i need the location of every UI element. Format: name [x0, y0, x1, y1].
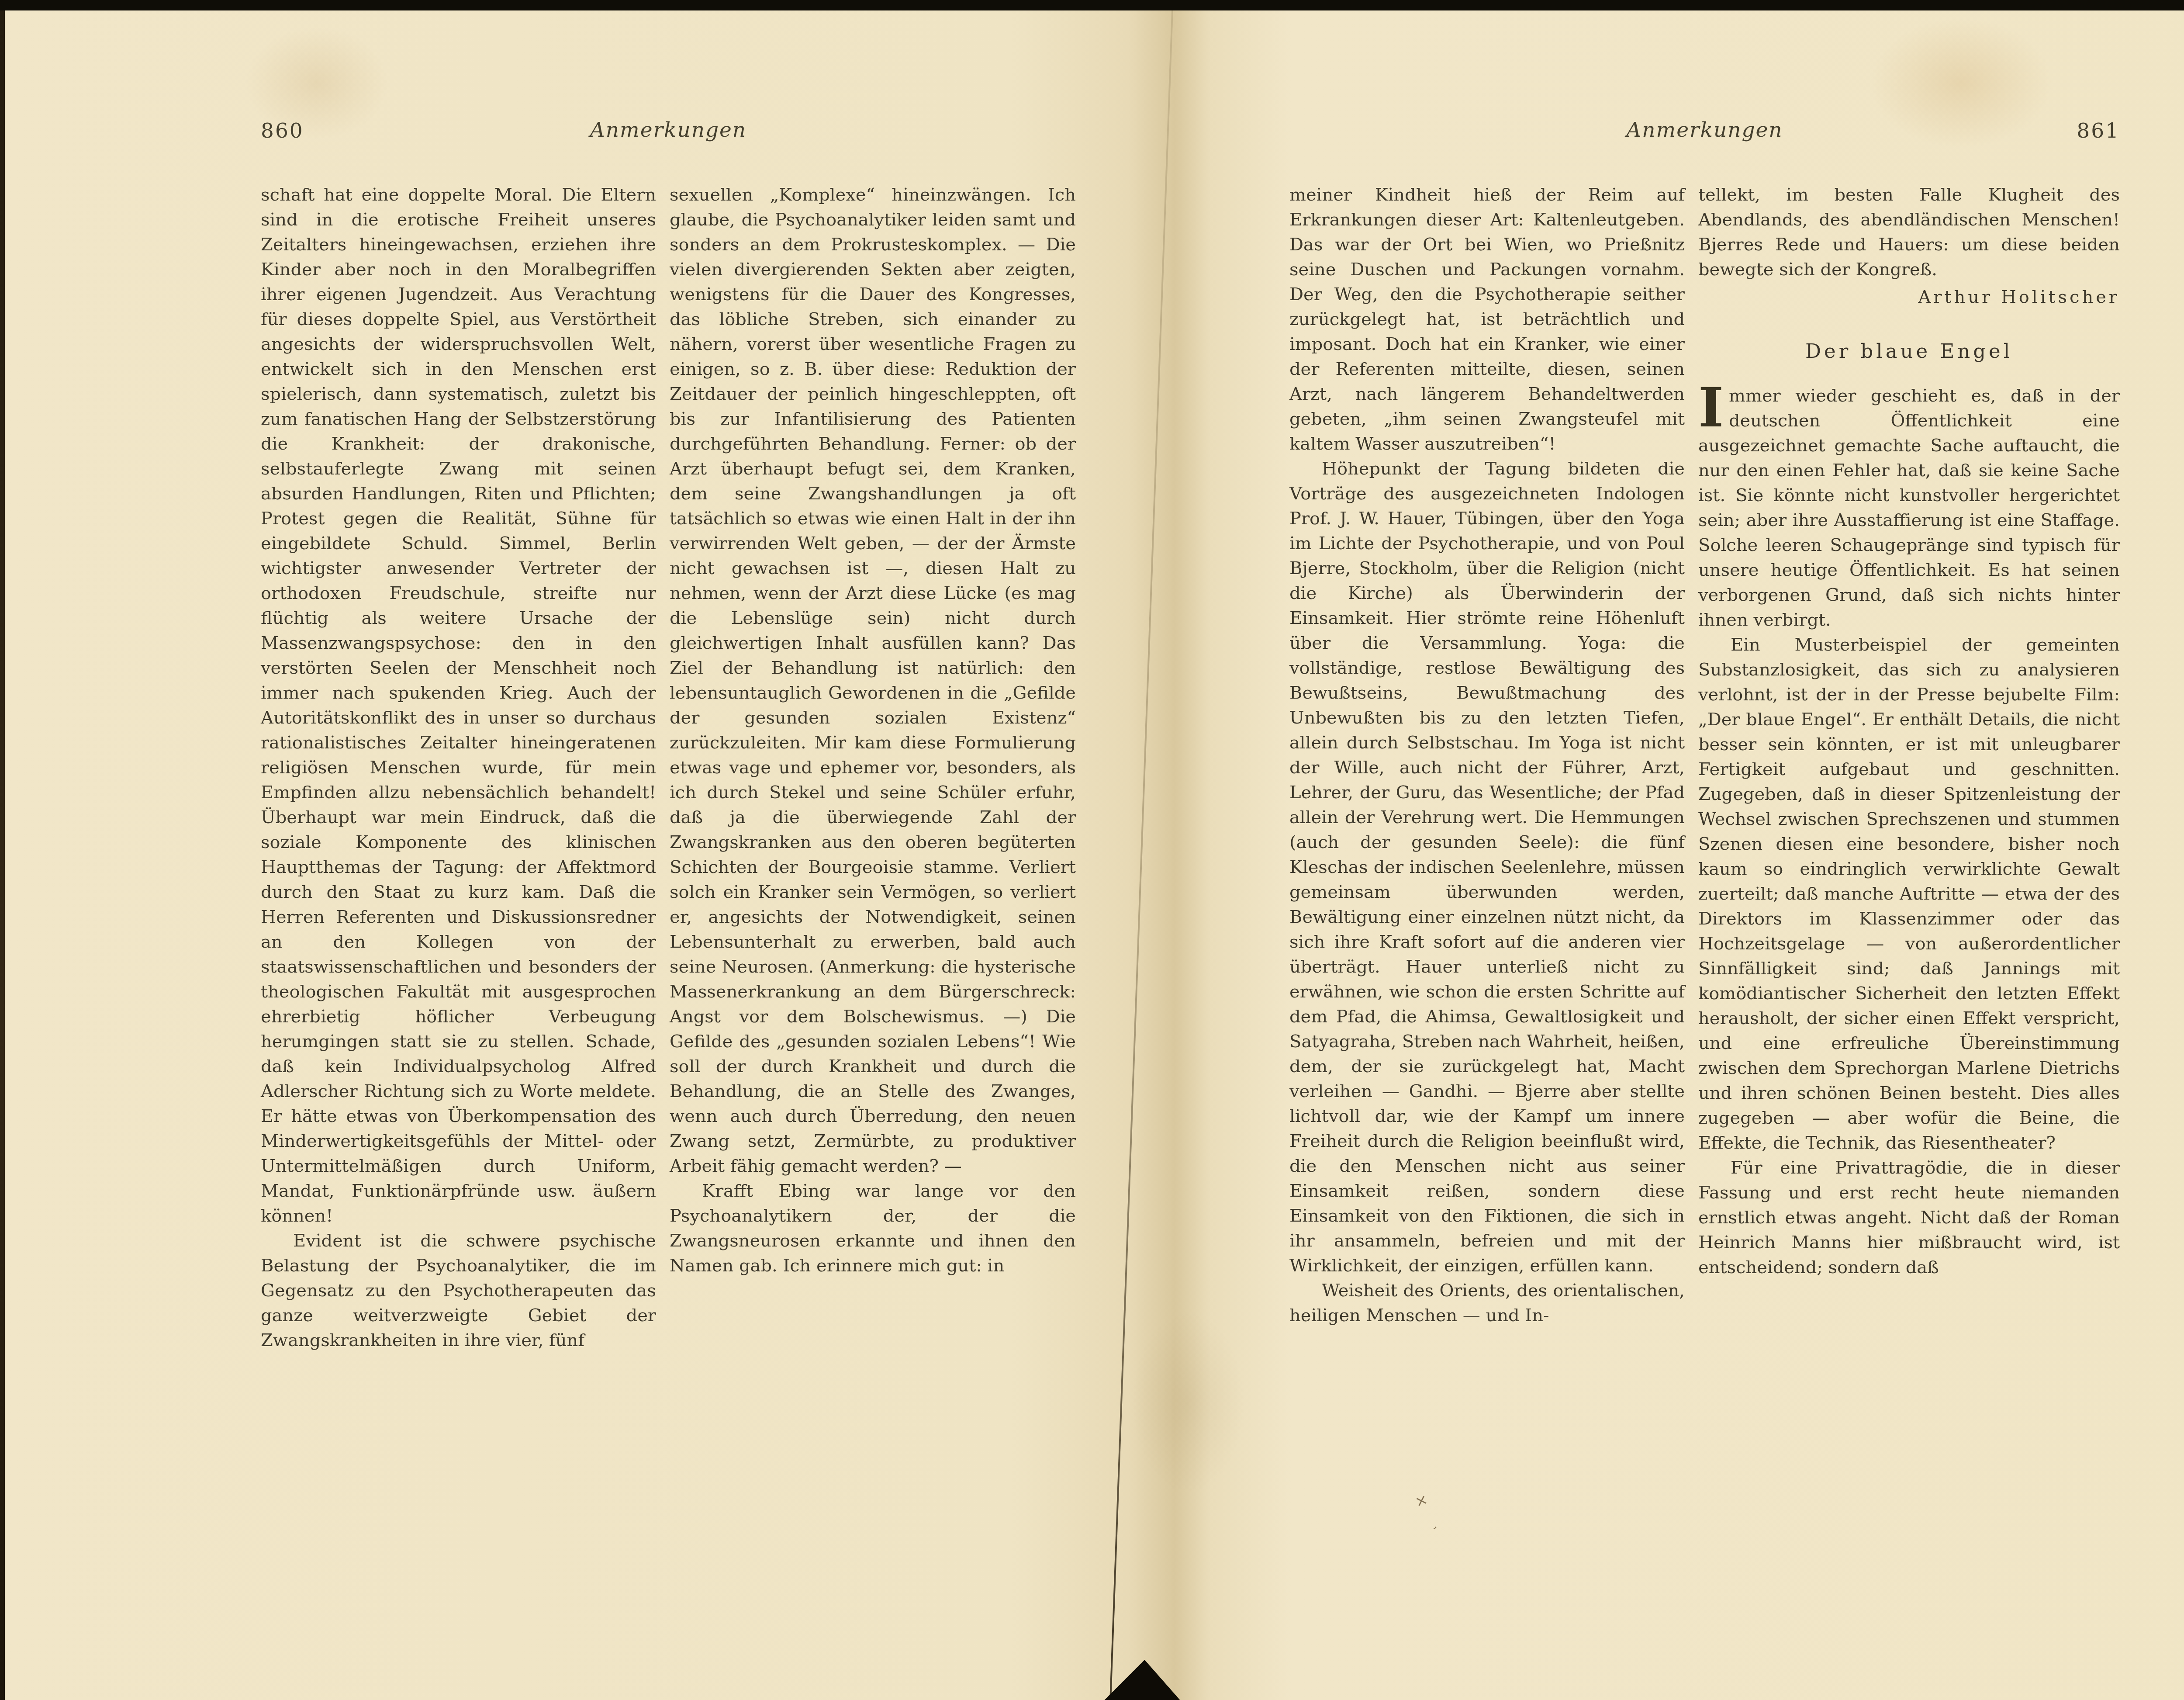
paragraph: Ein Musterbeispiel der gemeinten Substan…: [1698, 633, 2120, 1156]
text-column-right-1: meiner Kindheit hieß der Reim auf Erkran…: [1289, 183, 1685, 1328]
running-head-left: Anmerkungen: [261, 118, 1076, 142]
text-column-left-2: sexuellen „Komplexe“ hineinzwängen. Ich …: [670, 183, 1076, 1278]
paragraph: meiner Kindheit hieß der Reim auf Erkran…: [1289, 183, 1685, 457]
page-number-right: 861: [1289, 119, 2120, 143]
section-heading: Der blaue Engel: [1698, 339, 2120, 364]
paragraph: Immer wieder geschieht es, daß in der de…: [1698, 384, 2120, 633]
paragraph: Weisheit des Orients, des orientalischen…: [1289, 1278, 1685, 1328]
paragraph: Evident ist die schwere psychische Belas…: [261, 1229, 656, 1353]
paragraph: sexuellen „Komplexe“ hineinzwängen. Ich …: [670, 183, 1076, 1179]
paragraph: Krafft Ebing war lange vor den Psychoana…: [670, 1179, 1076, 1278]
byline: Arthur Holitscher: [1698, 285, 2120, 310]
paragraph: Höhepunkt der Tagung bildeten die Vorträ…: [1289, 457, 1685, 1278]
paragraph: tellekt, im besten Falle Klugheit des Ab…: [1698, 183, 2120, 282]
text-column-right-2: tellekt, im besten Falle Klugheit des Ab…: [1698, 183, 2120, 1280]
text-column-left-1: schaft hat eine doppelte Moral. Die Elte…: [261, 183, 656, 1353]
drop-cap: I: [1698, 384, 1729, 429]
paragraph: Für eine Privattragödie, die in dieser F…: [1698, 1156, 2120, 1280]
left-cover-edge: [0, 10, 5, 1700]
book-top-edge: [0, 0, 2184, 11]
paragraph: schaft hat eine doppelte Moral. Die Elte…: [261, 183, 656, 1229]
